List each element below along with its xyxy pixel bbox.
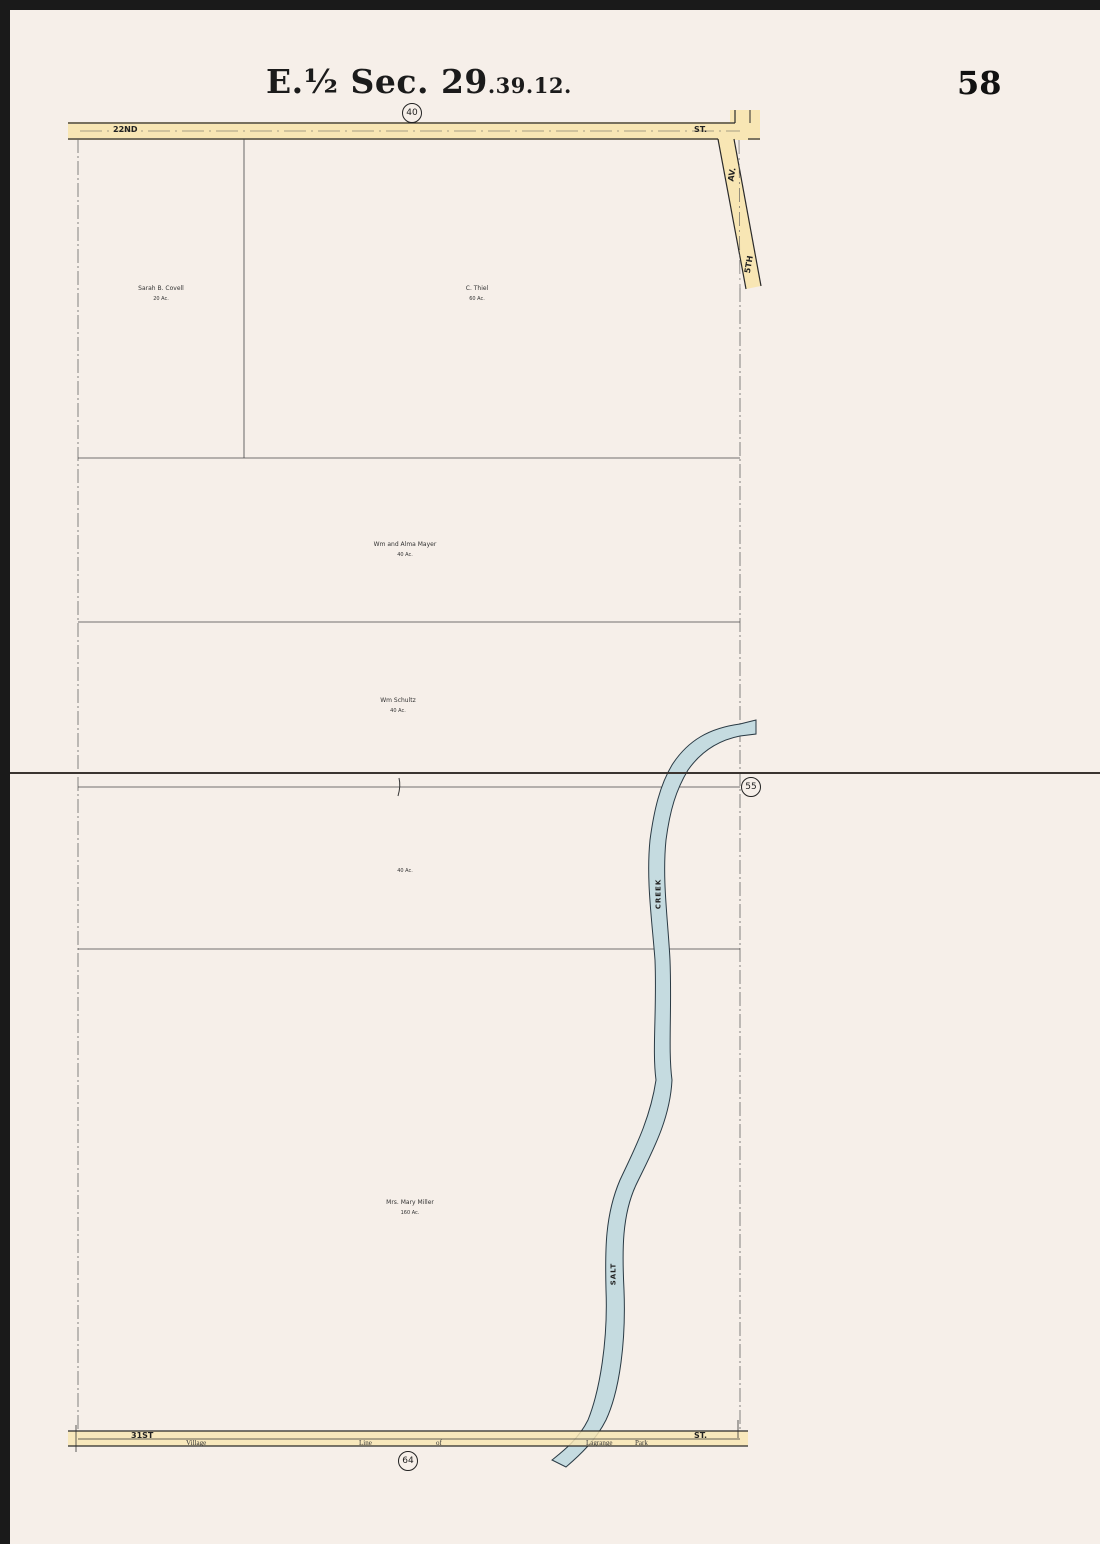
- parcel-acres: 40 Ac.: [397, 866, 413, 876]
- village-line-word: of: [436, 1439, 442, 1447]
- parcel-owner: Wm Schultz: [380, 697, 416, 704]
- parcel-label: C. Thiel60 Ac.: [466, 284, 489, 304]
- parcel-owner: Mrs. Mary Miller: [386, 1199, 434, 1206]
- parcel-acres: 40 Ac.: [380, 706, 416, 716]
- parcel-acres: 160 Ac.: [386, 1208, 434, 1218]
- fold-line: [10, 772, 1100, 774]
- section-boundaries: [78, 139, 740, 1430]
- south-street-label: 31ST: [131, 1431, 153, 1440]
- parcel-owner: Wm and Alma Mayer: [374, 541, 437, 548]
- creek-label-lower: SALT: [609, 1263, 617, 1286]
- parcel-owner: Sarah B. Covell: [138, 285, 184, 292]
- parcel-label: Mrs. Mary Miller160 Ac.: [386, 1198, 434, 1218]
- adjoining-sheet-north[interactable]: 40: [402, 103, 422, 123]
- parcel-label: Sarah B. Covell20 Ac.: [138, 284, 184, 304]
- parcel-label: Wm Schultz40 Ac.: [380, 696, 416, 716]
- parcel-owner: C. Thiel: [466, 285, 489, 292]
- parcel-acres: 20 Ac.: [138, 294, 184, 304]
- adjoining-sheet-south[interactable]: 64: [398, 1451, 418, 1471]
- diagonal-avenue: [718, 139, 761, 289]
- village-line-word: Park: [635, 1439, 648, 1447]
- parcel-acres: 60 Ac.: [466, 294, 489, 304]
- north-street-type-label: ST.: [694, 125, 707, 134]
- north-street-label: 22ND: [113, 125, 137, 134]
- parcel-label: Wm and Alma Mayer40 Ac.: [374, 540, 437, 560]
- village-line-word: Village: [186, 1439, 206, 1447]
- adjoining-sheet-east[interactable]: 55: [741, 777, 761, 797]
- village-line-word: Line: [359, 1439, 372, 1447]
- village-line-word: Lagrange: [586, 1439, 612, 1447]
- south-street: [68, 1420, 748, 1452]
- south-street-type-label: ST.: [694, 1431, 707, 1440]
- creek-label-upper: CREEK: [654, 879, 662, 910]
- parcel-acres: 40 Ac.: [374, 550, 437, 560]
- parcel-label: 40 Ac.: [397, 866, 413, 876]
- salt-creek: [552, 720, 756, 1467]
